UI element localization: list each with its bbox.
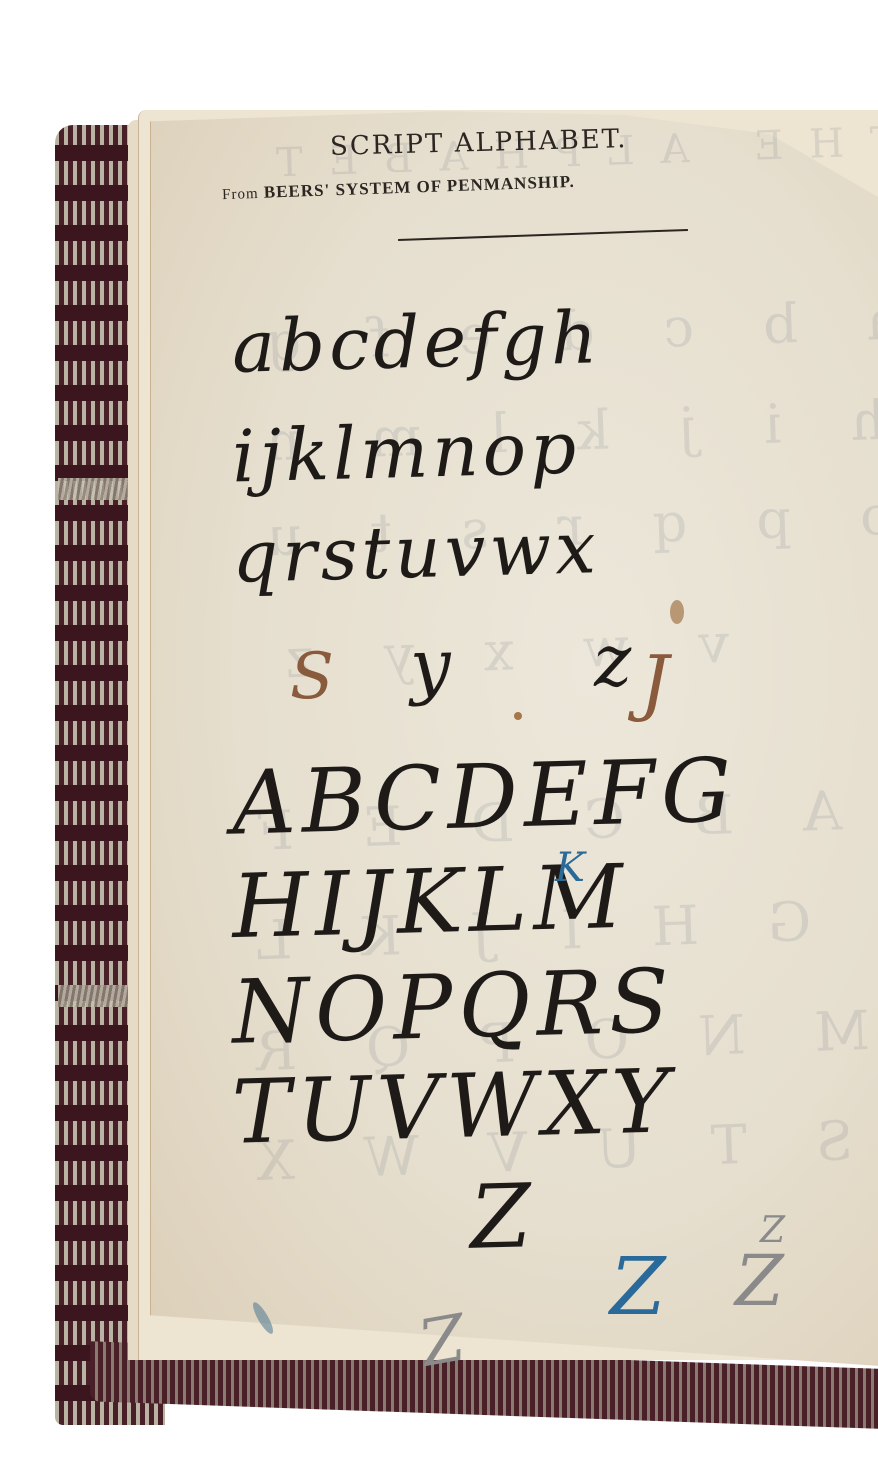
handwritten-pencil-letter: Z [760,1210,785,1251]
lowercase-row-3: qrstuvwx [231,505,601,599]
frayed-binding [58,985,128,1007]
lowercase-row-1: abcdefgh [231,295,602,389]
uppercase-row-tail: Z [469,1164,539,1269]
uppercase-row-1: ABCDEFG [231,738,739,854]
frayed-binding [58,478,128,500]
handwritten-blue-letter: K [555,845,585,891]
ink-stain [514,712,522,720]
handwritten-brown-letter: J [640,640,669,724]
ink-stain [670,600,684,624]
handwritten-pencil-letter: Z [735,1240,784,1322]
handwritten-brown-letter: S [290,640,334,714]
uppercase-row-3: NOPQRS [231,949,677,1064]
uppercase-row-4: TUVWXY [231,1049,677,1164]
lowercase-row-2: ijklmnop [231,405,581,498]
handwritten-blue-letter: Z [610,1240,666,1333]
subtitle-prefix: From [222,186,259,203]
